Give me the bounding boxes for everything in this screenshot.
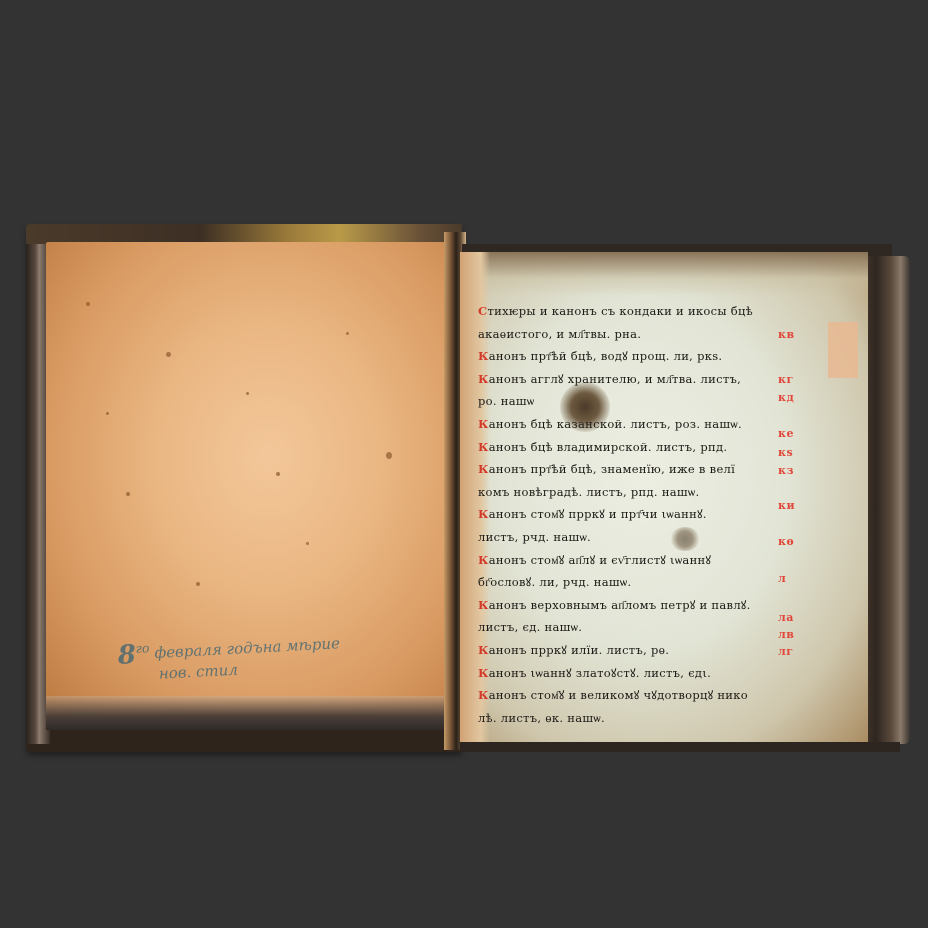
left-cover-board: 8го февраля годъна мѣрие нов. стил	[26, 224, 462, 752]
margin-numeral: лг	[778, 645, 794, 658]
text-line: лѣ. листъ, ѳк. нашѡ.	[478, 707, 808, 730]
cover-bottom-edge	[46, 696, 450, 730]
handwritten-number: 8	[117, 640, 137, 671]
margin-numeral: кг	[778, 373, 794, 386]
left-pastedown-page: 8го февраля годъна мѣрие нов. стил	[46, 242, 450, 720]
text-line: листъ, рчд. нашѡ.	[478, 526, 808, 549]
margin-numeral: ла	[778, 611, 794, 624]
text-line: Канонъ агглꙋ хранителю, и мл҃тва. листъ,	[478, 368, 808, 391]
text-line: Канонъ стом҃ꙋ ап҃лꙋ и єѵ҃глистꙋ ιѡаннꙋ	[478, 549, 808, 572]
text-line: Канонъ ιѡаннꙋ златоꙋстꙋ. листъ, єдι.	[478, 662, 808, 685]
text-line: Канонъ прт҃ѣй бцѣ, водꙋ прощ. ли, ркѕ.	[478, 345, 808, 368]
margin-numeral: л	[778, 572, 786, 585]
text-line: Канонъ стом҃ꙋ и великомꙋ чꙋдотворцꙋ нико	[478, 684, 808, 707]
margin-numeral: ки	[778, 499, 795, 512]
handwritten-date-note: 8го февраля годъна мѣрие нов. стил	[117, 624, 419, 686]
paper-repair-patch	[828, 322, 858, 378]
handwritten-line-2: нов. стил	[158, 661, 238, 683]
text-line: листъ, єд. нашѡ.	[478, 616, 808, 639]
right-board-bottom-edge	[460, 742, 900, 752]
text-line: Канонъ верховнымъ ап҃ломъ петрꙋ и павлꙋ.	[478, 594, 808, 617]
text-line: акаѳистого, и мл҃твы. рна.	[478, 323, 808, 346]
text-line: Канонъ стом҃ꙋ прркꙋ и прт҃чи ιѡаннꙋ.	[478, 503, 808, 526]
text-line: комъ новѣградѣ. листъ, рпд. нашѡ.	[478, 481, 808, 504]
margin-numeral: кд	[778, 391, 794, 404]
text-line: Стихѥры и канонъ съ кондаки и икосы бцѣ	[478, 300, 808, 323]
handwritten-line-1: февраля годъна мѣрие	[154, 634, 340, 662]
manuscript-text-block: Стихѥры и канонъ съ кондаки и икосы бцѣ …	[478, 300, 808, 729]
text-line: ро. нашѡ	[478, 390, 808, 413]
page-top-soiling	[460, 252, 868, 296]
handwritten-superscript: го	[135, 640, 150, 656]
text-line: Канонъ бцѣ владимирской. листъ, рпд.	[478, 436, 808, 459]
text-line: Канонъ прт҃ѣй бцѣ, знаменїю, иже в велї	[478, 458, 808, 481]
open-book-photo: 8го февраля годъна мѣрие нов. стил Стихѥ…	[0, 0, 928, 928]
margin-numeral: кз	[778, 464, 794, 477]
margin-numeral: кѳ	[778, 535, 794, 548]
text-line: Канонъ прркꙋ илїи. листъ, рѳ.	[478, 639, 808, 662]
text-line: бг҃ословꙋ. ли, рчд. нашѡ.	[478, 571, 808, 594]
text-line: Канонъ бцѣ казанской. листъ, роз. нашѡ.	[478, 413, 808, 436]
margin-numeral: кв	[778, 328, 795, 341]
margin-numeral: ке	[778, 427, 794, 440]
margin-numeral: кѕ	[778, 446, 793, 459]
margin-numeral: лв	[778, 628, 794, 641]
